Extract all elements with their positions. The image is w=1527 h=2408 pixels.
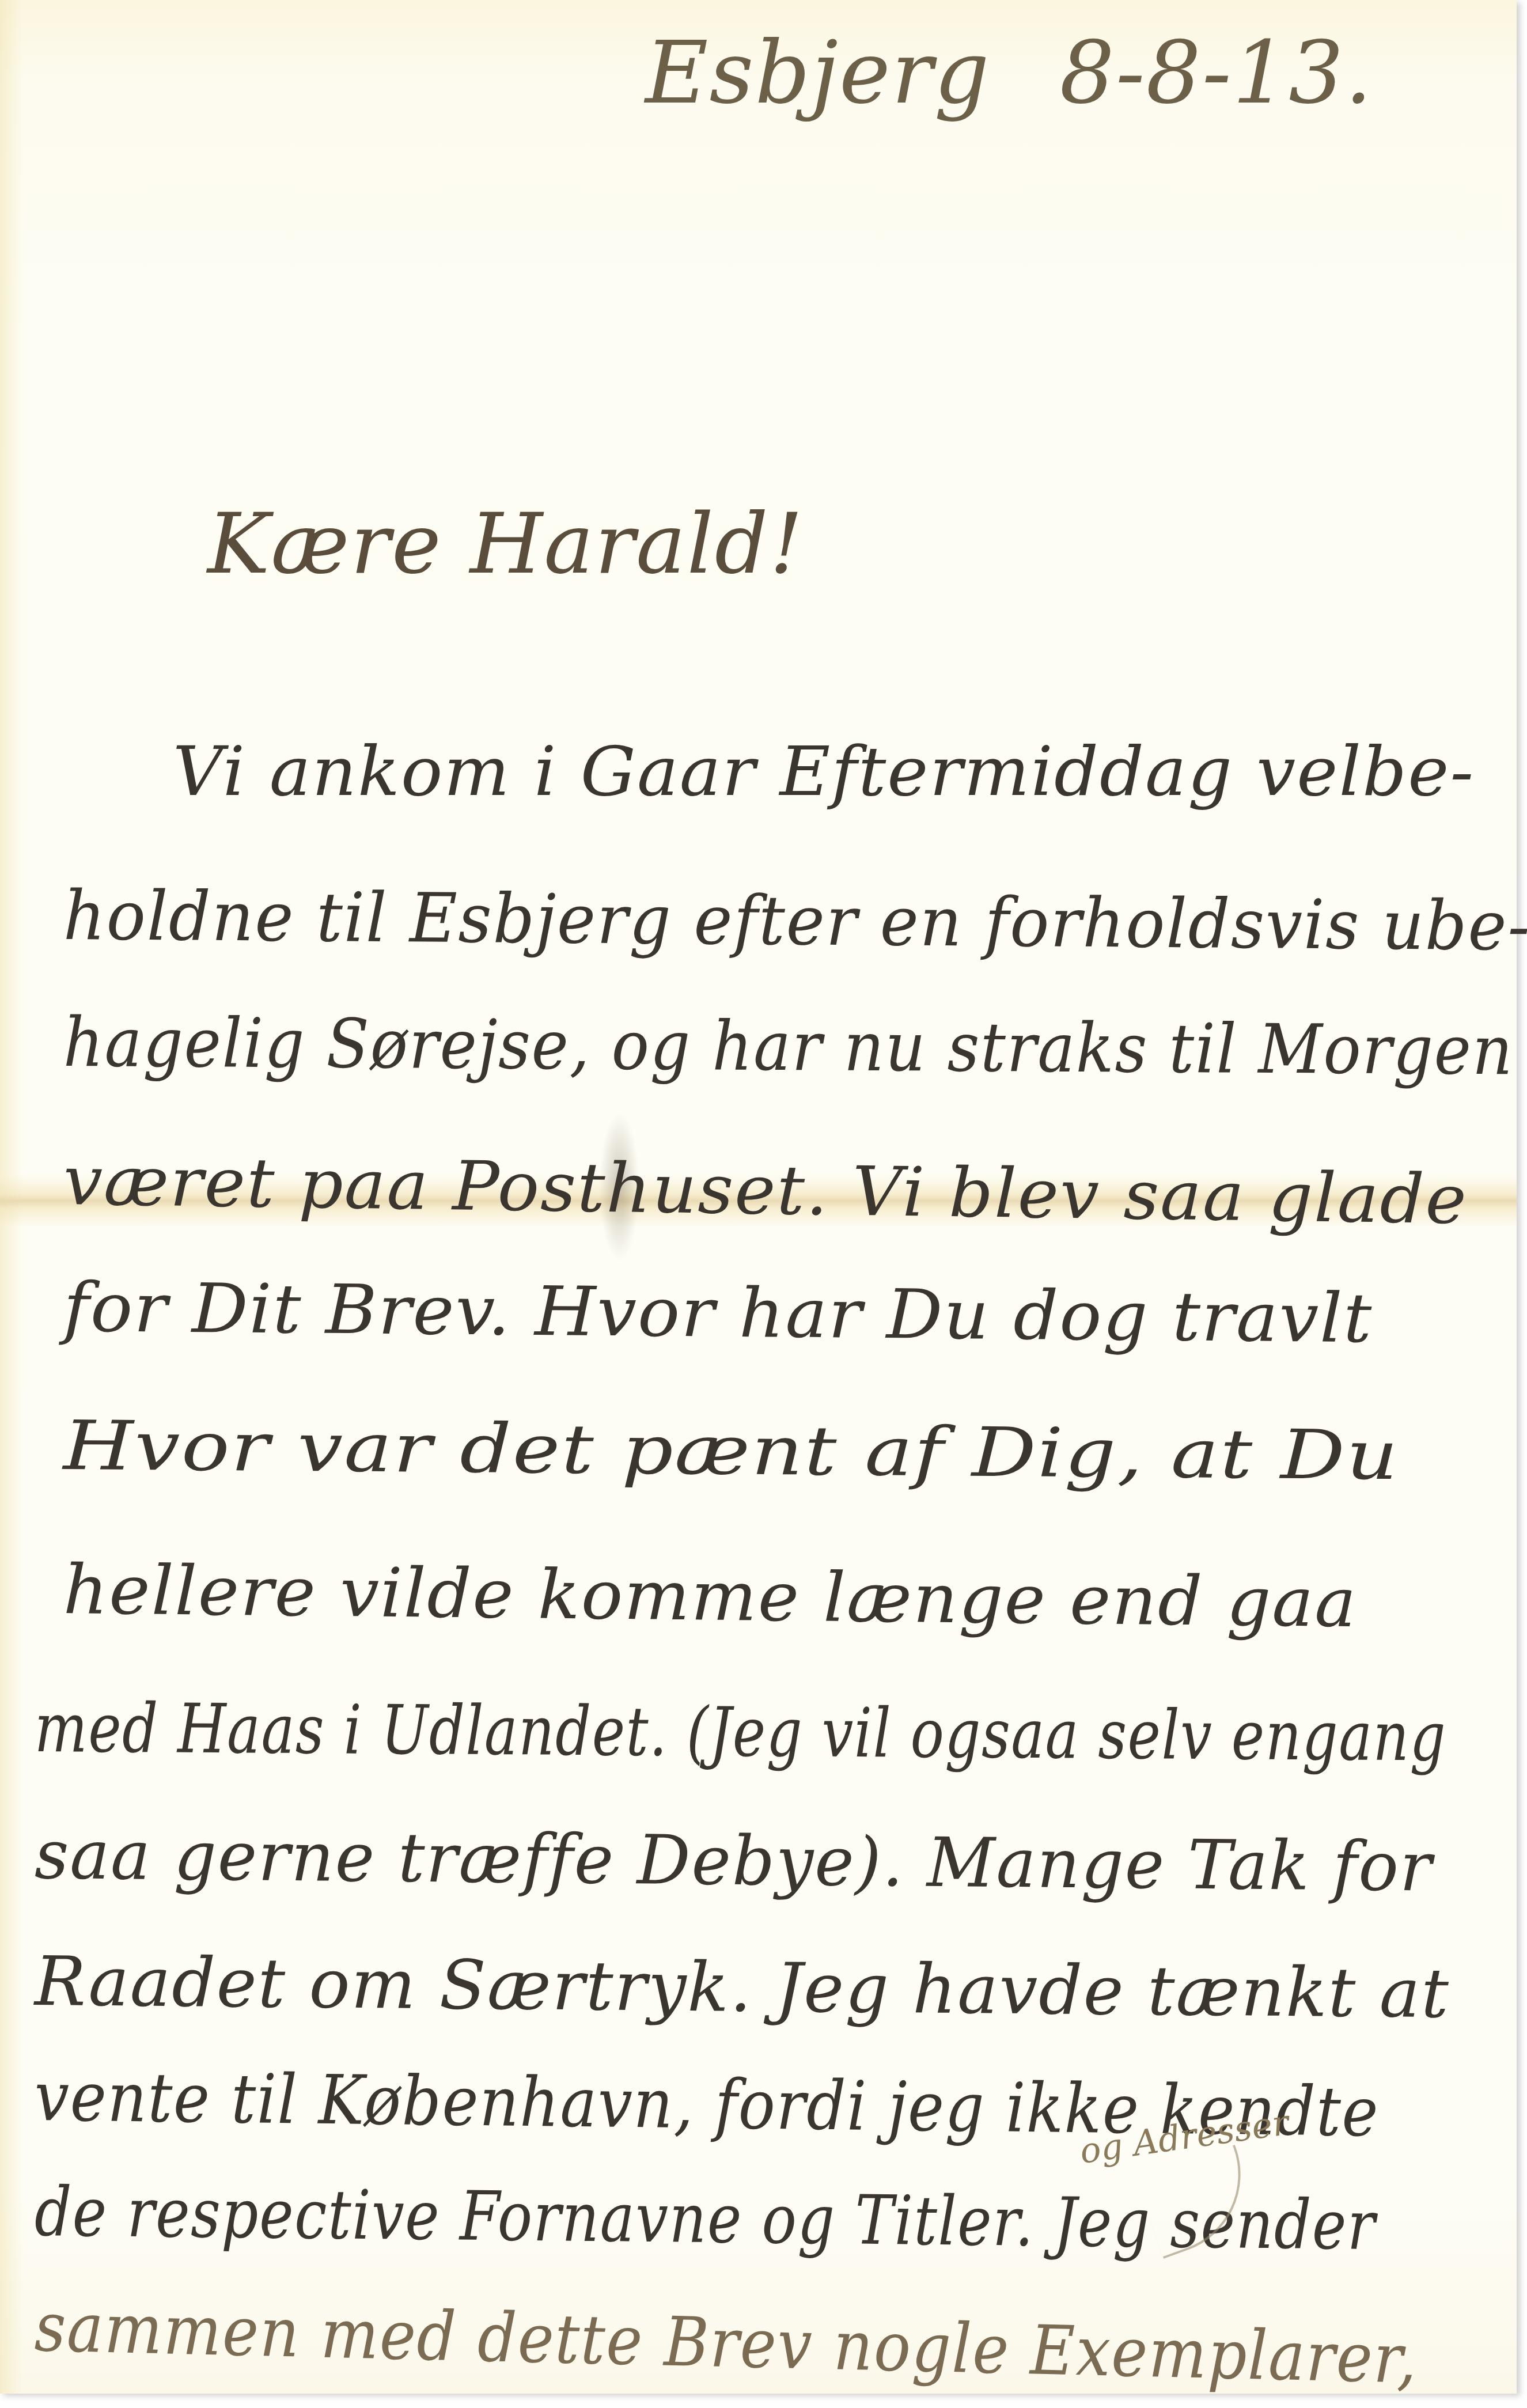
letter-line: Vi ankom i Gaar Eftermiddag velbe- xyxy=(173,732,1475,811)
letter-line: holdne til Esbjerg efter en forholdsvis … xyxy=(63,876,1527,966)
letter-salutation: Kære Harald! xyxy=(207,495,804,593)
letter-header: Esbjerg8-8-13. xyxy=(645,23,1373,123)
letter-date: 8-8-13. xyxy=(1060,23,1374,123)
letter-line: hagelig Sørejse, og har nu straks til Mo… xyxy=(63,1002,1514,1090)
letter-line: hellere vilde komme længe end gaa xyxy=(63,1550,1358,1642)
letter-line: med Haas i Udlandet. (Jeg vil ogsaa selv… xyxy=(35,1688,1447,1777)
letter-line: Raadet om Særtryk. Jeg havde tænkt at xyxy=(34,1941,1450,2033)
letter-line: Hvor var det pænt af Dig, at Du xyxy=(63,1406,1400,1495)
letter-page: Esbjerg8-8-13. Kære Harald! Vi ankom i G… xyxy=(0,0,1517,2394)
letter-place: Esbjerg xyxy=(645,23,991,123)
letter-line: saa gerne træffe Debye). Mange Tak for xyxy=(34,1815,1433,1907)
letter-line: for Dit Brev. Hvor har Du dog travlt xyxy=(63,1267,1373,1358)
letter-line: sammen med dette Brev nogle Exemplarer, xyxy=(34,2287,1419,2399)
